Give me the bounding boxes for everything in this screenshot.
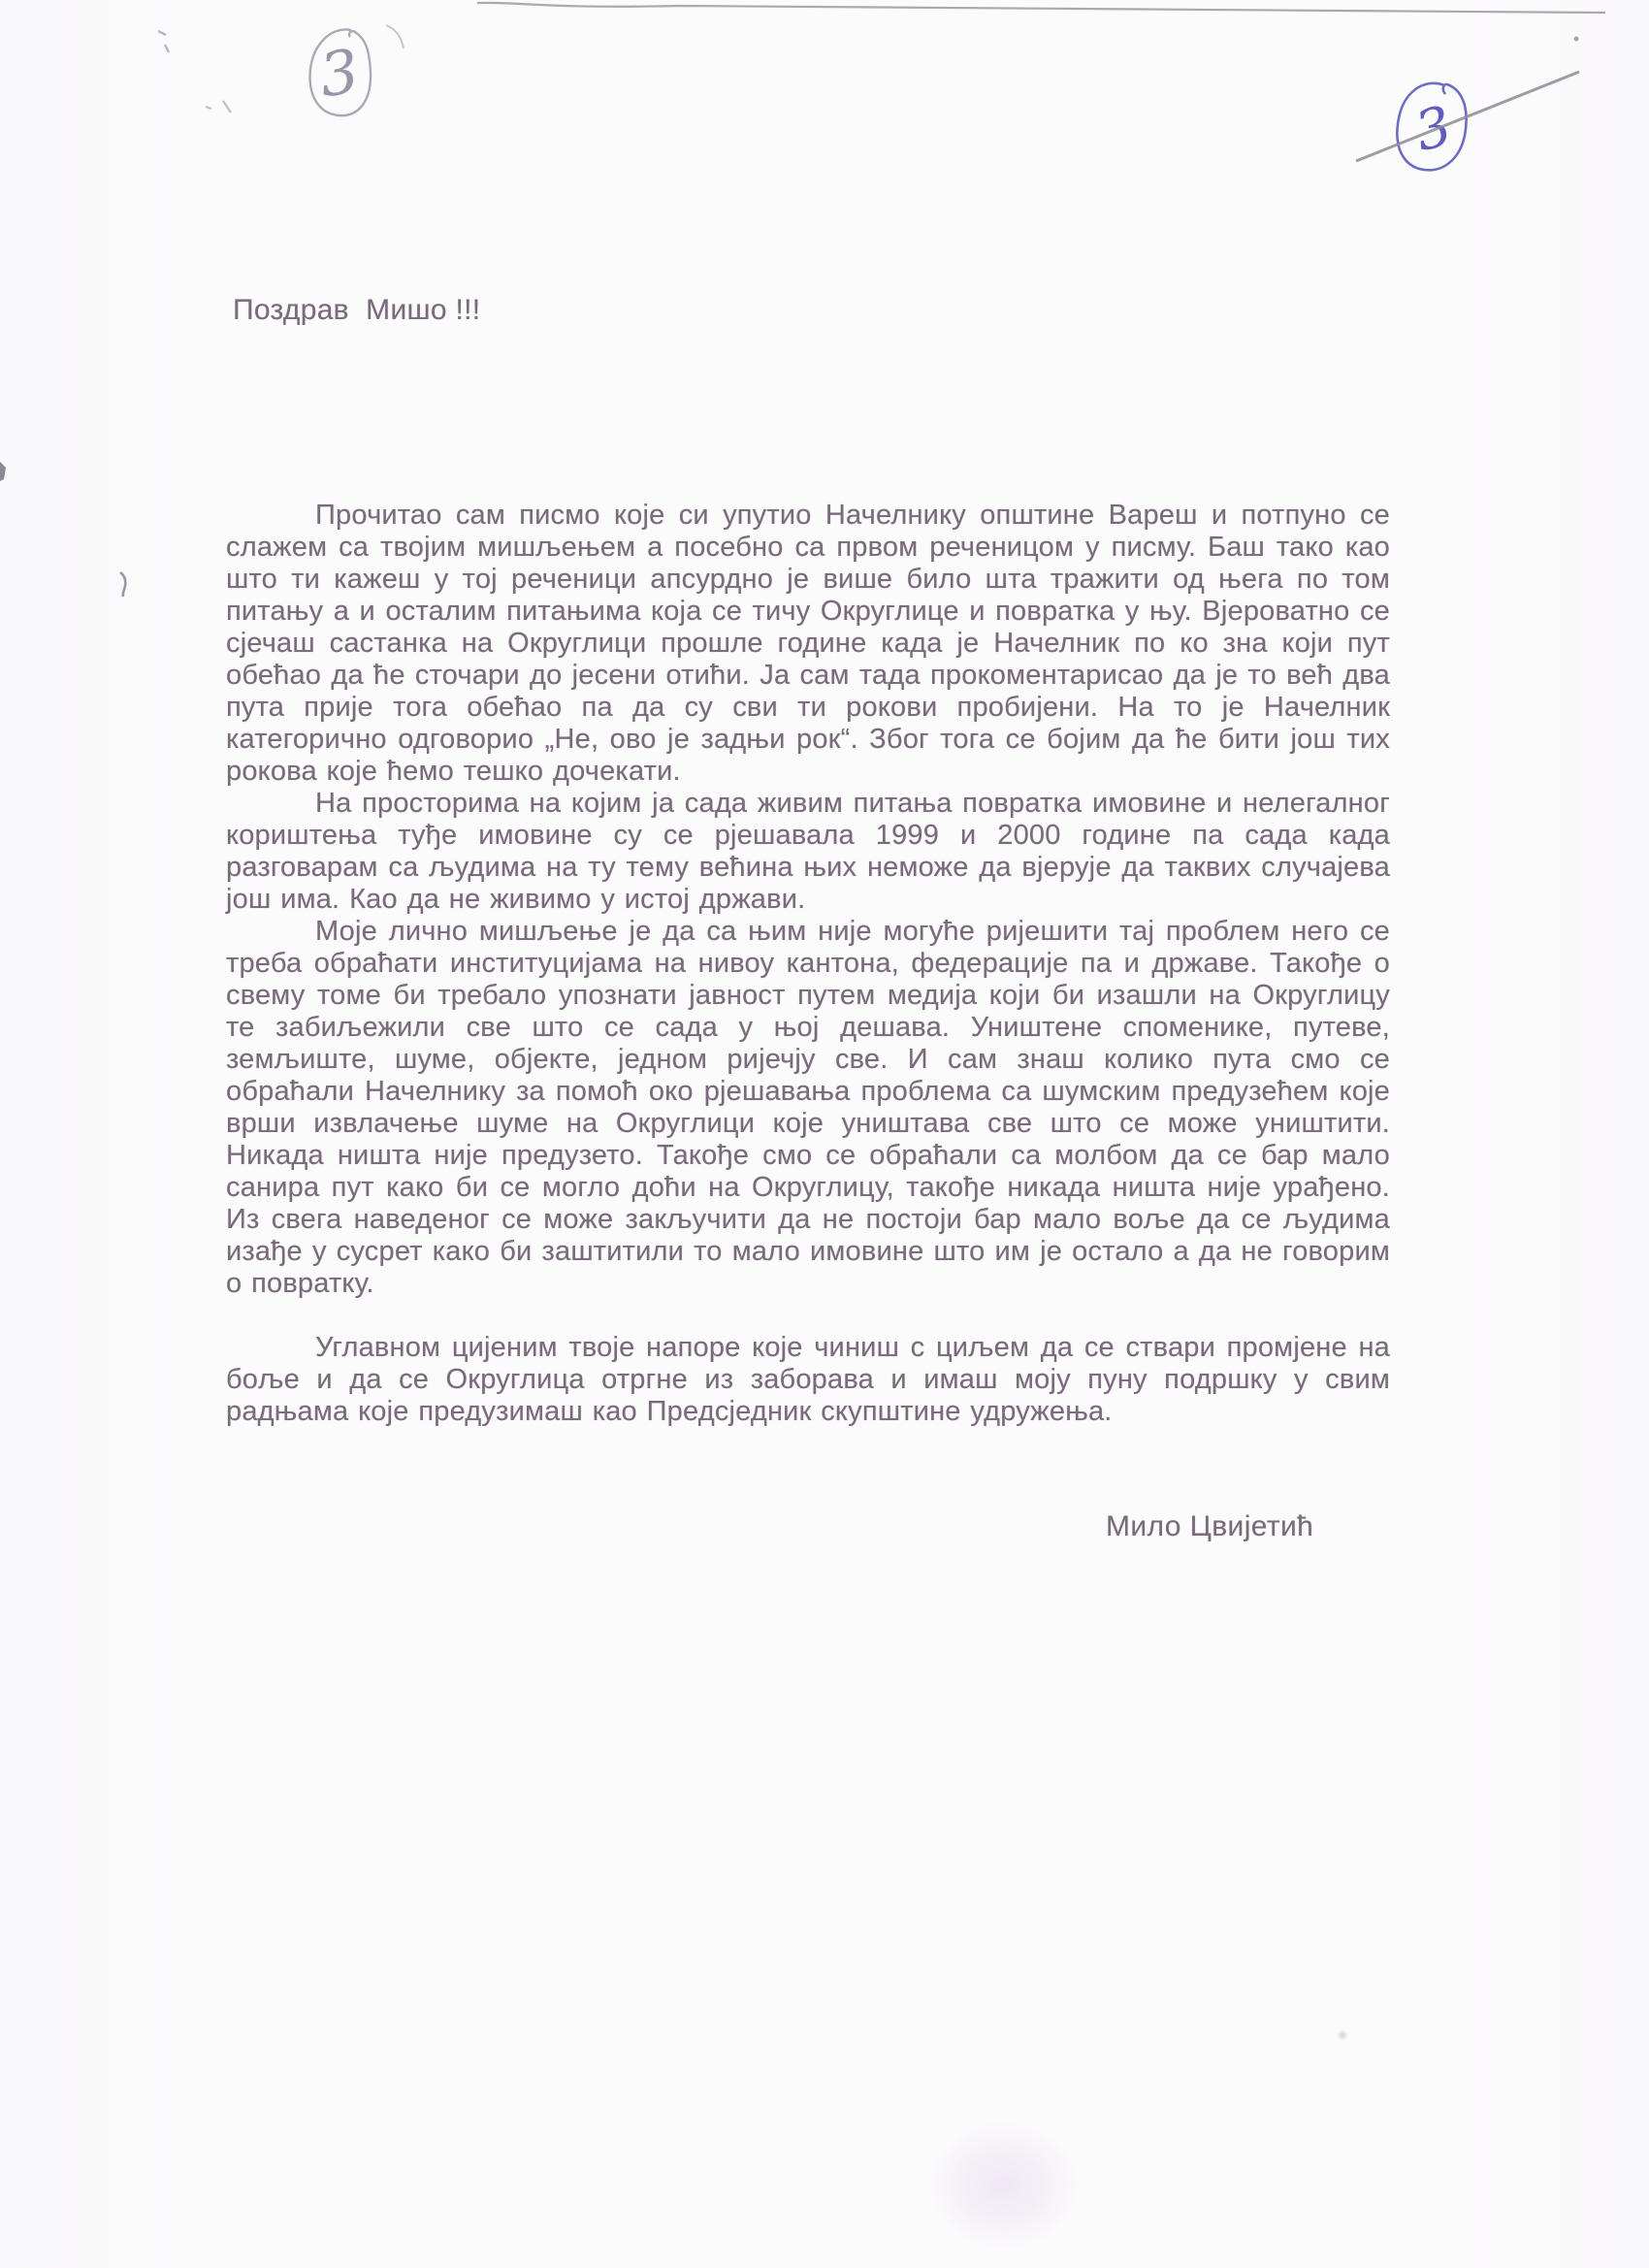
scan-smudge (926, 2120, 1082, 2251)
scan-strike-line (1356, 72, 1579, 161)
page-number-pen: 3 (1409, 95, 1458, 165)
pencil-speck-icon (158, 31, 169, 52)
scan-edge-line (477, 3, 1605, 13)
pencil-speck-icon (206, 101, 231, 113)
letter-body: Прочитао сам писмо које си упутио Начелн… (226, 500, 1390, 1428)
scan-smudge-dot (1337, 2029, 1348, 2041)
handwritten-page-number-left: 3 (310, 29, 372, 115)
letter-paragraph: На просторима на којим ја сада живим пит… (226, 788, 1390, 916)
greeting-line: Поздрав Мишо !!! (233, 294, 480, 326)
pen-circle-icon (1397, 83, 1466, 170)
edge-mark-icon (0, 462, 6, 481)
page-number-pencil: 3 (315, 36, 363, 112)
pencil-circle-icon (310, 29, 372, 115)
signature-name: Мило Цвијетић (1106, 1510, 1313, 1542)
letter-paragraph: Прочитао сам писмо које си упутио Начелн… (226, 500, 1390, 788)
letter-paragraph: Моје лично мишљење је да са њим није мог… (226, 916, 1390, 1300)
scanned-letter-page: 3 3 Поздрав Мишо !!! Прочитао сам писмо … (0, 0, 1649, 2268)
pencil-stray-mark-icon (386, 25, 404, 49)
letter-paragraph: Углавном цијеним твоје напоре које чиниш… (226, 1332, 1390, 1428)
ink-tick-icon (120, 572, 125, 597)
scan-speck (1574, 37, 1579, 42)
handwritten-page-number-right: 3 (1356, 37, 1579, 171)
